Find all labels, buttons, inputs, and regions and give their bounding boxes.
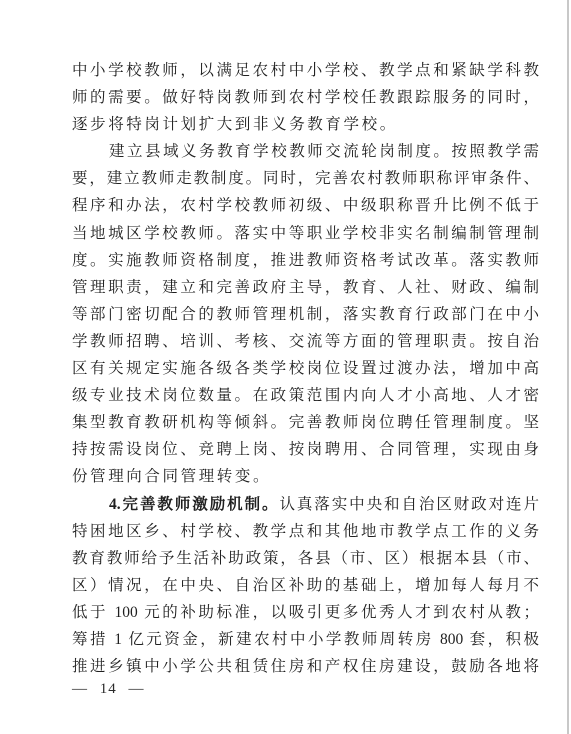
bold-heading: 4.完善教师激励机制。	[109, 496, 279, 513]
text-line: 学教师招聘、培训、考核、交流等方面的管理职责。按自治	[72, 328, 539, 355]
text-line: 份管理向合同管理转变。	[72, 463, 539, 490]
text-line: 程序和办法，农村学校教师初级、中级职称晋升比例不低于	[72, 192, 539, 219]
text-line: 4.完善教师激励机制。认真落实中央和自治区财政对连片	[72, 491, 539, 518]
text-block: 中小学校教师，以满足农村中小学校、教学点和紧缺学科教师的需要。做好特岗教师到农村…	[72, 57, 539, 680]
text-line: 特困地区乡、村学校、教学点和其他地市教学点工作的义务	[72, 518, 539, 545]
scan-edge-line	[567, 0, 569, 734]
document-page: 中小学校教师，以满足农村中小学校、教学点和紧缺学科教师的需要。做好特岗教师到农村…	[0, 0, 571, 734]
text-line: 筹措 1 亿元资金，新建农村中小学教师周转房 800 套，积极	[72, 626, 539, 653]
text-line: 中小学校教师，以满足农村中小学校、教学点和紧缺学科教	[72, 57, 539, 84]
text-line: 管理职责，建立和完善政府主导，教育、人社、财政、编制	[72, 274, 539, 301]
text-line: 持按需设岗位、竞聘上岗、按岗聘用、合同管理，实现由身	[72, 436, 539, 463]
text-line: 区有关规定实施各级各类学校岗位设置过渡办法，增加中高	[72, 355, 539, 382]
text-line: 区）情况，在中央、自治区补助的基础上，增加每人每月不	[72, 572, 539, 599]
text-line: 逐步将特岗计划扩大到非义务教育学校。	[72, 111, 539, 138]
text-line: 当地城区学校教师。落实中等职业学校非实名制编制管理制	[72, 220, 539, 247]
text-line: 要，建立教师走教制度。同时，完善农村教师职称评审条件、	[72, 165, 539, 192]
text-line: 等部门密切配合的教师管理机制，落实教育行政部门在中小	[72, 301, 539, 328]
text-line: 教育教师给予生活补助政策，各县（市、区）根据本县（市、	[72, 545, 539, 572]
page-number: — 14 —	[72, 678, 145, 700]
text-line: 度。实施教师资格制度，推进教师资格考试改革。落实教师	[72, 247, 539, 274]
text-line: 建立县域义务教育学校教师交流轮岗制度。按照教学需	[72, 138, 539, 165]
text-line: 师的需要。做好特岗教师到农村学校任教跟踪服务的同时，	[72, 84, 539, 111]
text-line: 低于 100 元的补助标准，以吸引更多优秀人才到农村从教；	[72, 599, 539, 626]
text-line: 推进乡镇中小学公共租赁住房和产权住房建设，鼓励各地将	[72, 653, 539, 680]
text-line: 集型教育教研机构等倾斜。完善教师岗位聘任管理制度。坚	[72, 409, 539, 436]
text-line: 级专业技术岗位数量。在政策范围内向人才小高地、人才密	[72, 382, 539, 409]
